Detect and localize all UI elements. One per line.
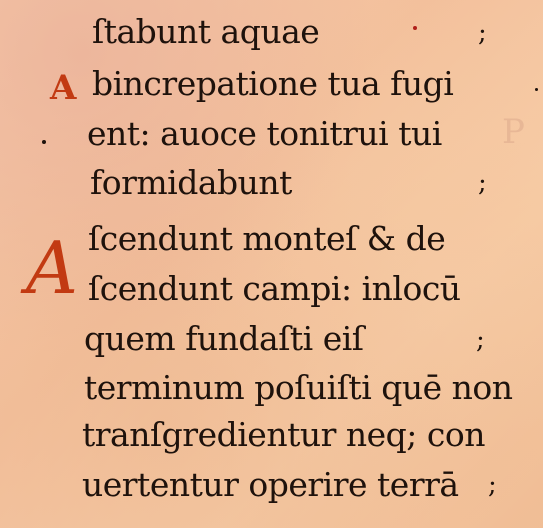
rubric-initial-a-large: A (26, 226, 78, 310)
text-line-3: ent: auoce tonitrui tui (87, 117, 442, 150)
bleed-through-letter: P (502, 112, 525, 152)
text-line-7: quem fundaſti eiſ (84, 322, 364, 355)
text-line-2: bincrepatione tua fugi (92, 67, 453, 100)
punctuation-mark: ; (478, 168, 487, 198)
rubric-initial-a: A (50, 68, 76, 108)
text-line-5: ſcendunt monteſ & de (88, 222, 445, 255)
manuscript-page: P A A ſtabunt aquae bincrepatione tua fu… (0, 0, 543, 528)
text-line-6: ſcendunt campi: inlocū (88, 272, 461, 305)
punctuation-mark: ; (488, 470, 497, 500)
punctuation-mark: ; (478, 18, 487, 48)
margin-dot (535, 88, 538, 91)
text-line-10: uertentur operire terrā (82, 468, 459, 501)
text-line-9: tranſgredientur neq; con (82, 418, 485, 451)
text-line-1: ſtabunt aquae (92, 15, 319, 48)
punctuation-mark: ; (476, 325, 485, 355)
margin-dot (42, 140, 46, 144)
red-dot (413, 26, 417, 30)
text-line-8: terminum poſuiſti quē non (84, 371, 513, 404)
text-line-4: formidabunt (90, 166, 292, 199)
